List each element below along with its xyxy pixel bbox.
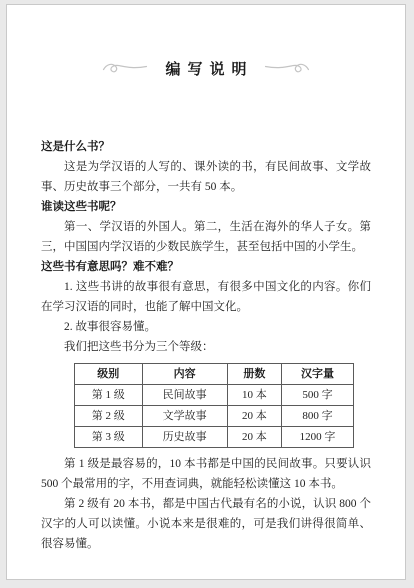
paragraph: 我们把这些书分为三个等级： [41, 337, 371, 357]
table-cell: 历史故事 [142, 427, 227, 448]
paragraph: 第一、学汉语的外国人。第二，生活在海外的华人子女。第三，中国国内学汉语的少数民族… [41, 217, 371, 257]
book-page: 编写说明 这是什么书？ 这是为学汉语的人写的、课外读的书，有民间故事、文学故事、… [6, 4, 406, 580]
table-cell: 第 3 级 [75, 427, 143, 448]
paragraph: 第 1 级是最容易的，10 本书都是中国的民间故事。只要认识 500 个最常用的… [41, 454, 371, 494]
paragraph: 这是为学汉语的人写的、课外读的书，有民间故事、文学故事、历史故事三个部分，一共有… [41, 157, 371, 197]
table-header-volumes: 册数 [227, 364, 281, 385]
table-header-content: 内容 [142, 364, 227, 385]
chapter-title-row: 编写说明 [7, 55, 405, 81]
table-cell: 800 字 [282, 406, 354, 427]
table-cell: 20 本 [227, 427, 281, 448]
page-title: 编写说明 [158, 58, 253, 79]
table-header-row: 级别 内容 册数 汉字量 [75, 364, 354, 385]
section-heading-who-reads: 谁读这些书呢？ [41, 197, 371, 217]
table-cell: 10 本 [227, 385, 281, 406]
table-cell: 文学故事 [142, 406, 227, 427]
table-cell: 第 2 级 [75, 406, 143, 427]
paragraph: 第 2 级有 20 本书，都是中国古代最有名的小说，认识 800 个汉字的人可以… [41, 494, 371, 554]
level-table: 级别 内容 册数 汉字量 第 1 级 民间故事 10 本 500 字 第 2 级… [74, 363, 354, 448]
table-header-characters: 汉字量 [282, 364, 354, 385]
paragraph: 1. 这些书讲的故事很有意思，有很多中国文化的内容。你们在学习汉语的同时，也能了… [41, 277, 371, 317]
flourish-right-icon [264, 59, 310, 77]
table-cell: 20 本 [227, 406, 281, 427]
table-row: 第 2 级 文学故事 20 本 800 字 [75, 406, 354, 427]
paragraph: 2. 故事很容易懂。 [41, 317, 371, 337]
table-cell: 1200 字 [282, 427, 354, 448]
section-heading-interesting: 这些书有意思吗？难不难？ [41, 257, 371, 277]
table-cell: 民间故事 [142, 385, 227, 406]
table-row: 第 1 级 民间故事 10 本 500 字 [75, 385, 354, 406]
table-cell: 500 字 [282, 385, 354, 406]
table-row: 第 3 级 历史故事 20 本 1200 字 [75, 427, 354, 448]
flourish-left-icon [102, 59, 148, 77]
section-heading-what-book: 这是什么书？ [41, 137, 371, 157]
page-body: 这是什么书？ 这是为学汉语的人写的、课外读的书，有民间故事、文学故事、历史故事三… [41, 137, 371, 554]
table-cell: 第 1 级 [75, 385, 143, 406]
table-header-level: 级别 [75, 364, 143, 385]
